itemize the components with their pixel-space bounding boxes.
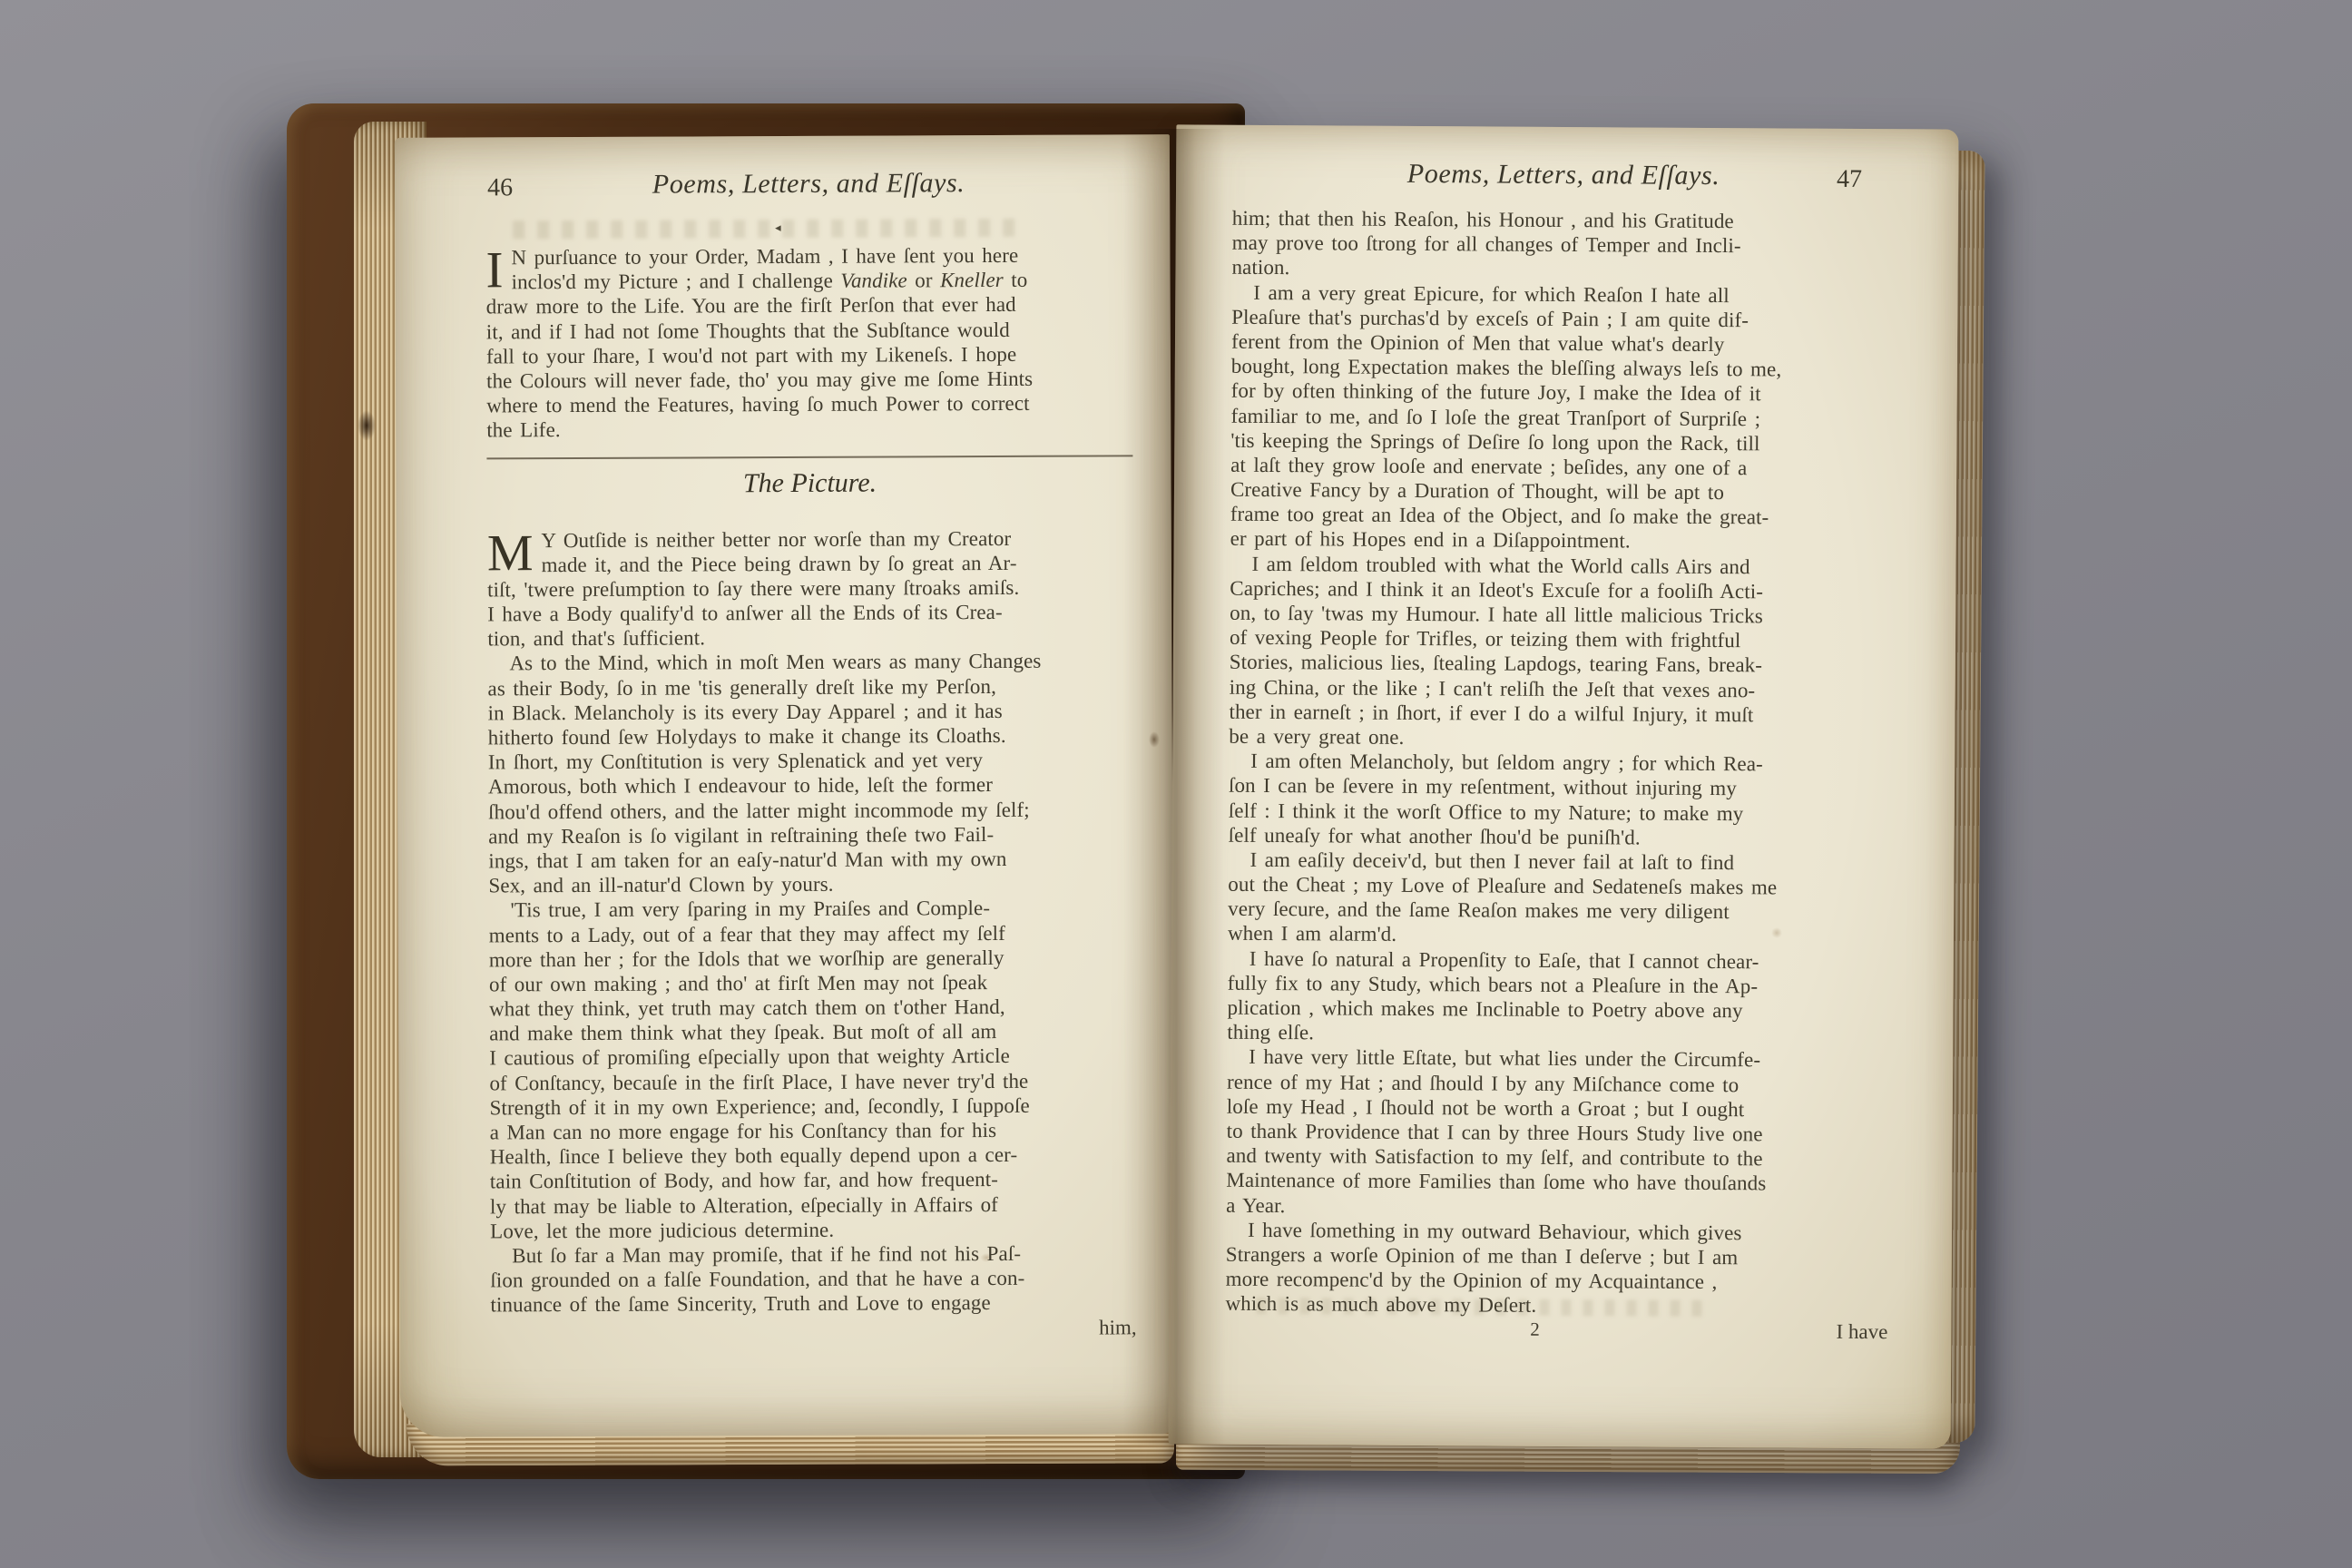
section-divider [486,455,1132,459]
paragraph: As to the Mind, which in moſt Men wears … [487,650,1134,899]
paragraph: I have ſomething in my outward Behaviour… [1225,1218,1888,1320]
text-line: ments to a Lady, out of a fear that they… [489,921,1135,948]
catchword-row: him, [491,1316,1137,1343]
paragraph: IN purſuance to your Order, Madam , I ha… [485,243,1132,444]
page-left: 46 Poems, Letters, and Eſſays. ◂ IN purſ… [395,134,1175,1437]
running-title: Poems, Letters, and Eſſays. [1407,159,1720,191]
text-line: the Life. [486,416,1132,444]
text-line: Sex, and an ill-natur'd Clown by yours. [488,871,1134,898]
paragraph: But ſo far a Man may promiſe, that if he… [490,1241,1136,1318]
text-line: made it, and the Piece being drawn by ſo… [487,551,1133,578]
text-line: draw more to the Life. You are the firſt… [486,293,1132,320]
text-line: of Conſtancy, becauſe in the firſt Place… [489,1069,1135,1096]
ink-blot [358,410,376,441]
ornament-row: ◂ [485,216,1132,246]
text-line: tion, and that's ſufficient. [487,625,1133,652]
text-line: in Black. Melancholy is its every Day Ap… [488,699,1134,726]
right-page-header: Poems, Letters, and Eſſays. 47 [1232,156,1895,211]
paragraph: him; that then his Reaſon, his Honour , … [1231,207,1894,285]
catchword-row: 2 I have [1225,1317,1887,1346]
text-line: tinuance of the ſame Sincerity, Truth an… [490,1291,1136,1318]
text-line: As to the Mind, which in moſt Men wears … [487,650,1133,677]
text-line: where to mend the Features, having ſo mu… [486,391,1132,418]
text-line: Strength of it in my own Experience; and… [489,1093,1135,1121]
text-line: what they think, yet truth may catch the… [489,995,1135,1022]
paragraph: MY Outſide is neither better nor worſe t… [487,526,1134,652]
text-line: fall to your ſhare, I wou'd not part wit… [486,342,1132,369]
text-line: and make them think what they ſpeak. But… [489,1020,1135,1047]
text-line: Y Outſide is neither better nor worſe th… [487,526,1133,554]
signature-mark: 2 [1530,1318,1540,1341]
paragraph: I have very little Eſtate, but what lies… [1226,1045,1889,1222]
text-line: the Colours will never fade, tho' you ma… [486,367,1132,394]
text-line: it, and if I had not ſome Thoughts that … [486,318,1132,345]
text-line: Health, ſince I believe they both equall… [490,1143,1136,1171]
paragraph: I am often Melancholy, but ſeldom angry … [1229,750,1892,852]
drop-cap: M [487,529,542,575]
text-line: In ſhort, my Conſtitution is very Splena… [488,749,1134,776]
paragraph: I am eaſily deceiv'd, but then I never f… [1228,848,1891,951]
text-line: tiſt, 'twere preſumption to ſay there we… [487,575,1133,603]
photo-background: 46 Poems, Letters, and Eſſays. ◂ IN purſ… [0,0,2352,1568]
text-line: ly that may be liable to Alteration, eſp… [490,1192,1136,1220]
page-number: 46 [487,173,513,202]
left-page-body: IN purſuance to your Order, Madam , I ha… [485,243,1136,1318]
text-line: as their Body, ſo in me 'tis generally d… [487,674,1133,701]
left-text-column: 46 Poems, Letters, and Eſſays. ◂ IN purſ… [485,165,1137,1343]
right-text-column: Poems, Letters, and Eſſays. 47 him; that… [1225,156,1895,1346]
text-line: 'Tis true, I am very ſparing in my Praiſ… [489,897,1135,924]
left-page-header: 46 Poems, Letters, and Eſſays. [485,165,1132,219]
text-line: N purſuance to your Order, Madam , I hav… [485,243,1132,270]
printer-ornament-icon: ◂ [775,220,781,234]
text-line: But ſo far a Man may promiſe, that if he… [490,1241,1136,1269]
catchword: I have [1836,1320,1887,1344]
drop-cap: I [485,246,511,292]
right-page-body: him; that then his Reaſon, his Honour , … [1225,207,1894,1321]
text-line: inclos'd my Picture ; and I challenge Va… [486,269,1132,296]
running-title: Poems, Letters, and Eſſays. [652,168,965,201]
text-line: a Man can no more engage for his Conſtan… [490,1118,1136,1145]
text-line: Love, let the more judicious determine. [490,1217,1136,1244]
text-line: tain Conſtitution of Body, and how far, … [490,1168,1136,1195]
paragraph: I have ſo natural a Propenſity to Eaſe, … [1227,946,1890,1049]
text-line: and my Reaſon is ſo vigilant in reſtrain… [488,822,1134,849]
text-line: ſion grounded on a falſe Foundation, and… [490,1266,1136,1293]
page-right: Poems, Letters, and Eſſays. 47 him; that… [1169,124,1959,1448]
catchword: him, [1099,1316,1137,1339]
text-line: I have a Body qualify'd to anſwer all th… [487,600,1133,627]
text-line: of our own making ; and tho' at firſt Me… [489,970,1135,997]
text-line: more than her ; for the Idols that we wo… [489,946,1135,973]
text-line: ſhou'd offend others, and the latter mig… [488,798,1134,825]
text-line: Amorous, both which I endeavour to hide,… [488,773,1134,800]
paragraph: I am a very great Epicure, for which Rea… [1230,280,1895,556]
text-line: hitherto found ſew Holydays to make it c… [488,723,1134,750]
page-number: 47 [1837,165,1862,194]
text-line: ings, that I am taken for an eaſy-natur'… [488,847,1134,874]
section-heading: The Picture. [486,466,1132,500]
paragraph: 'Tis true, I am very ſparing in my Praiſ… [489,897,1137,1245]
text-line: I cautious of promiſing eſpecially upon … [489,1044,1135,1072]
paragraph: I am ſeldom troubled with what the World… [1229,552,1892,753]
